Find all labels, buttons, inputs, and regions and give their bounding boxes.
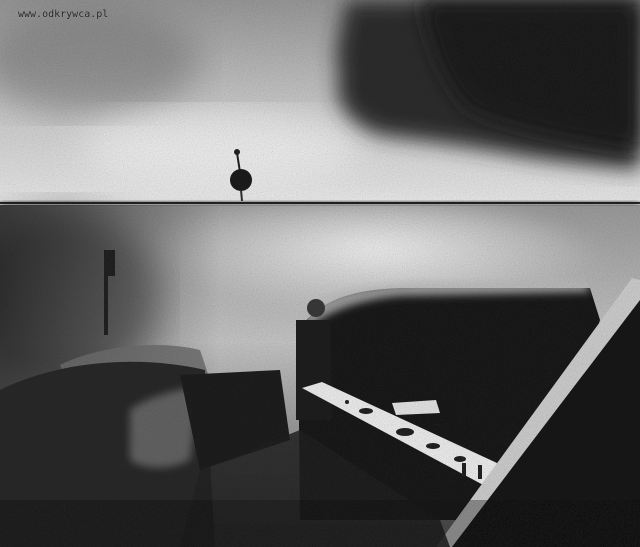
watermark: www.odkrywca.pl — [18, 9, 108, 20]
person-head — [307, 299, 325, 317]
photo-scene — [0, 0, 640, 547]
archival-photo: www.odkrywca.pl — [0, 0, 640, 547]
